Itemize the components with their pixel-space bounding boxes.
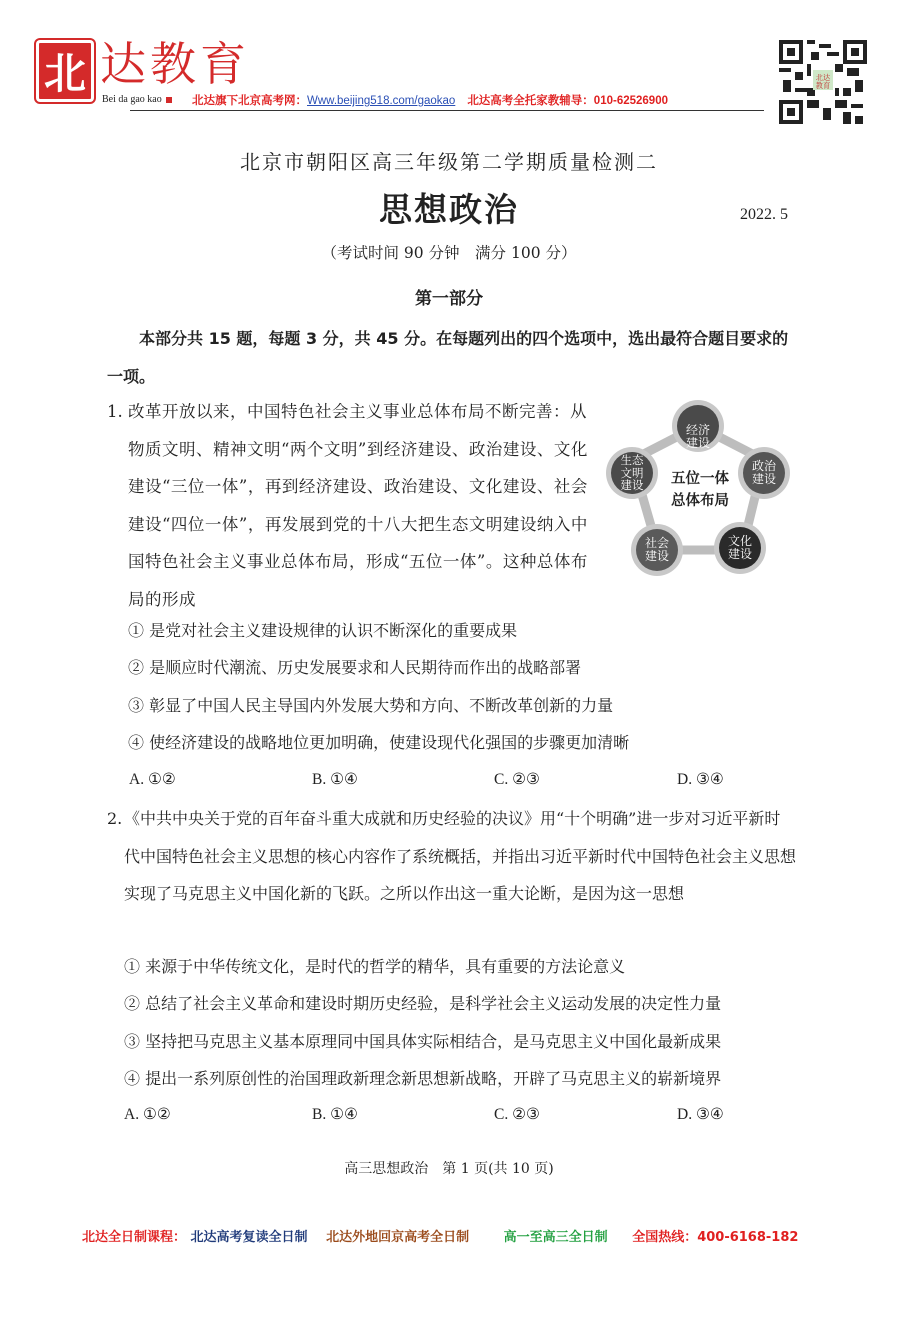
node-culture: 文化建设 — [712, 535, 768, 561]
question-2-statements: ① 来源于中华传统文化，是时代的哲学的精华，具有重要的方法论意义 ② 总结了社会… — [124, 948, 721, 1097]
ad-item-repeat[interactable]: 北达高考复读全日制 — [191, 1230, 308, 1245]
choice-c[interactable]: C. ②③ — [494, 1105, 540, 1124]
node-ecology: 生态文明建设 — [604, 454, 660, 492]
brand-logo-subtitle: Bei da gao kao — [102, 94, 172, 105]
choice-b[interactable]: B. ①④ — [312, 770, 358, 789]
ad-label: 北达全日制课程： — [82, 1230, 186, 1245]
statement-1: ① 来源于中华传统文化，是时代的哲学的精华，具有重要的方法论意义 — [124, 948, 721, 985]
part-instructions: 本部分共 15 题，每题 3 分，共 45 分。在每题列出的四个选项中，选出最符… — [107, 320, 797, 396]
brand-logo-mark: 北 — [36, 40, 94, 102]
node-society: 社会建设 — [629, 537, 685, 563]
node-politics: 政治建设 — [736, 460, 792, 486]
qr-code-icon: 北达 教育 — [779, 40, 867, 124]
exam-title: 北京市朝阳区高三年级第二学期质量检测二 — [0, 146, 898, 175]
statement-4: ④ 使经济建设的战略地位更加明确，使建设现代化强国的步骤更加清晰 — [128, 724, 629, 761]
exam-date: 2022. 5 — [740, 206, 788, 224]
brand-logo-text: 达教育 — [100, 38, 250, 90]
question-stem: 改革开放以来，中国特色社会主义事业总体布局不断完善：从物质文明、精神文明“两个文… — [128, 393, 598, 618]
node-economy: 经济建设 — [670, 424, 726, 450]
footer-ad: 北达全日制课程： 北达高考复读全日制 北达外地回京高考全日制 高一至高三全日制 … — [82, 1226, 798, 1245]
five-in-one-diagram: 经济建设 政治建设 文化建设 社会建设 生态文明建设 五位一体总体布局 — [604, 398, 796, 584]
ad-item-return[interactable]: 北达外地回京高考全日制 — [326, 1230, 469, 1245]
choice-a[interactable]: A. ①② — [124, 1105, 171, 1124]
question-1-choices: A. ①② B. ①④ C. ②③ D. ③④ — [0, 770, 898, 794]
diagram-center-label: 五位一体总体布局 — [662, 468, 738, 512]
statement-2: ② 总结了社会主义革命和建设时期历史经验，是科学社会主义运动发展的决定性力量 — [124, 985, 721, 1022]
question-stem: 《中共中央关于党的百年奋斗重大成就和历史经验的决议》用“十个明确”进一步对习近平… — [124, 800, 796, 913]
statement-2: ② 是顺应时代潮流、历史发展要求和人民期待而作出的战略部署 — [128, 649, 629, 686]
exam-info: （考试时间 90 分钟 满分 100 分） — [0, 241, 898, 263]
choice-d[interactable]: D. ③④ — [677, 1105, 724, 1124]
header-divider — [130, 110, 764, 111]
statement-3: ③ 彰显了中国人民主导国内外发展大势和方向、不断改革创新的力量 — [128, 687, 629, 724]
statement-4: ④ 提出一系列原创性的治国理政新理念新思想新战略，开辟了马克思主义的崭新境界 — [124, 1060, 721, 1097]
question-number: 1. — [107, 393, 123, 431]
page-number: 高三思想政治 第 1 页(共 10 页) — [0, 1158, 898, 1178]
question-2-choices: A. ①② B. ①④ C. ②③ D. ③④ — [0, 1105, 898, 1129]
tutoring-label: 北达高考全托家教辅导：010-62526900 — [467, 95, 668, 107]
question-number: 2. — [107, 800, 122, 838]
site-label: 北达旗下北京高考网： — [192, 95, 307, 107]
site-url-link[interactable]: Www.beijing518.com/gaokao — [307, 95, 455, 107]
choice-c[interactable]: C. ②③ — [494, 770, 540, 789]
choice-a[interactable]: A. ①② — [129, 770, 176, 789]
header-promo: 北达旗下北京高考网：Www.beijing518.com/gaokao北达高考全… — [192, 92, 668, 108]
statement-1: ① 是党对社会主义建设规律的认识不断深化的重要成果 — [128, 612, 629, 649]
part-heading: 第一部分 — [0, 284, 898, 309]
question-1-statements: ① 是党对社会主义建设规律的认识不断深化的重要成果 ② 是顺应时代潮流、历史发展… — [128, 612, 629, 761]
choice-d[interactable]: D. ③④ — [677, 770, 724, 789]
choice-b[interactable]: B. ①④ — [312, 1105, 358, 1124]
ad-hotline: 全国热线：400-6168-182 — [632, 1230, 798, 1245]
logo-subtitle-text: Bei da gao kao — [102, 94, 162, 105]
ad-item-highschool[interactable]: 高一至高三全日制 — [504, 1230, 608, 1245]
svg-text:教育: 教育 — [816, 81, 830, 90]
square-bullet-icon — [166, 97, 172, 103]
statement-3: ③ 坚持把马克思主义基本原理同中国具体实际相结合，是马克思主义中国化最新成果 — [124, 1023, 721, 1060]
